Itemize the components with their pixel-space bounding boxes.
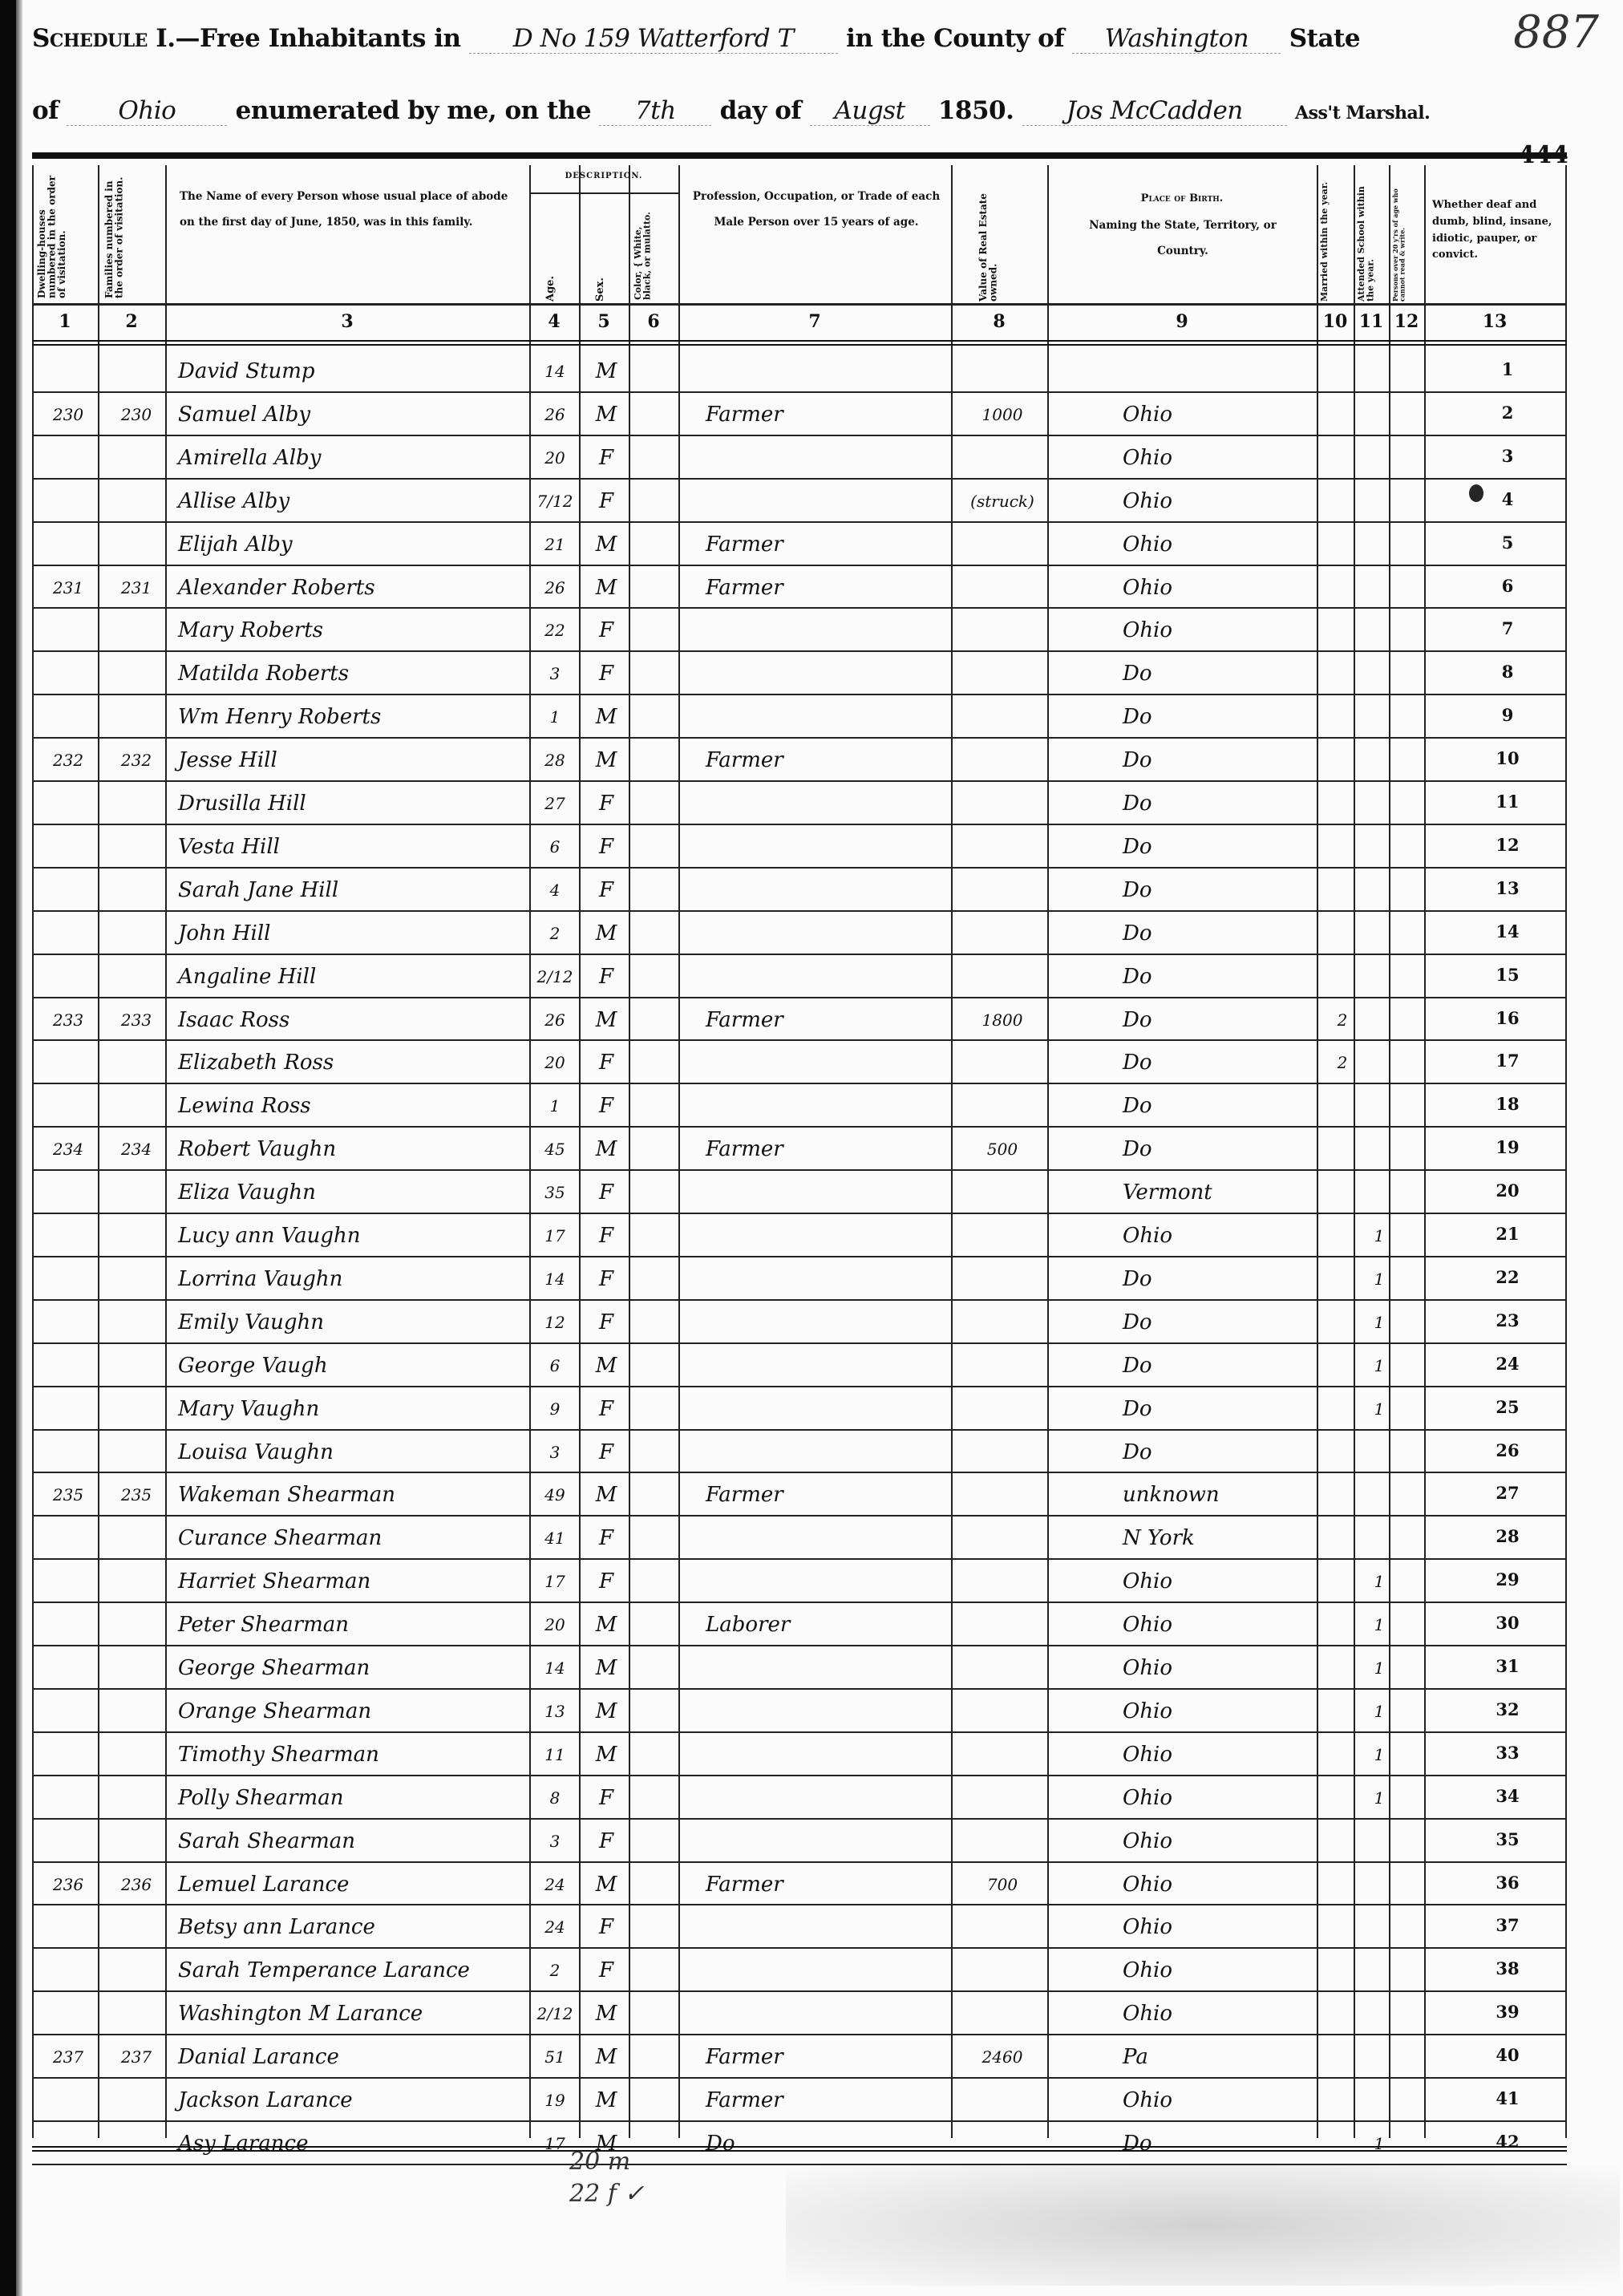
cell-married [1326,1307,1358,1338]
cell-name: Washington M Larance [178,1998,531,2029]
table-row: Matilda Roberts3FDo8 [0,654,1535,684]
cell-age: 1 [531,1091,579,1121]
cell-birthplace: Do [1123,875,1299,905]
state-field: Ohio [67,96,227,126]
cell-birthplace: Do [1123,788,1299,819]
line-number: 31 [1490,1656,1525,1676]
cell-married [1326,658,1358,689]
cell-age: 21 [531,529,579,560]
cell-sex: F [584,1783,629,1813]
table-row: Jackson Larance19MFarmerOhio41 [0,2080,1535,2111]
table-row: Lucy ann Vaughn17FOhio121 [0,1216,1535,1246]
cell-name: Sarah Jane Hill [178,875,531,905]
row-divider [32,1083,1567,1084]
cell-school [1363,1826,1395,1857]
cell-dwelling [35,443,101,473]
col-number-9: 9 [1047,311,1317,332]
cell-name: Timothy Shearman [178,1739,531,1770]
cell-name: Orange Shearman [178,1696,531,1727]
cell-name: Alexander Roberts [178,573,531,603]
row-divider [32,2034,1567,2035]
cell-occupation [706,1783,914,1813]
header-married: Married within the year. [1320,173,1352,302]
cell-name: Harriet Shearman [178,1566,531,1597]
cell-family [103,2128,170,2159]
cell-name: Asy Larance [178,2128,531,2159]
row-divider [32,1645,1567,1646]
cell-family: 237 [103,2042,170,2072]
row-divider [32,1818,1567,1820]
cell-sex: M [584,529,629,560]
cell-family [103,1826,170,1857]
row-divider [32,2120,1567,2122]
header-birthplace-title: Place of Birth. [1055,192,1309,204]
line-number: 33 [1490,1743,1525,1763]
cell-occupation [706,918,914,949]
cell-real-estate [962,1955,1042,1986]
cell-married [1326,1437,1358,1468]
cell-occupation [706,1177,914,1208]
cell-family [103,1955,170,1986]
header-birthplace: Naming the State, Territory, or Country. [1075,213,1291,264]
cell-married [1326,1869,1358,1900]
cell-sex: F [584,1566,629,1597]
cell-birthplace: Vermont [1123,1177,1299,1208]
row-divider [32,737,1567,739]
cell-married [1326,918,1358,949]
cell-dwelling [35,962,101,992]
cell-real-estate [962,1653,1042,1683]
cell-school [1363,658,1395,689]
table-row: Vesta Hill6FDo12 [0,827,1535,857]
cell-married [1326,1394,1358,1424]
table-row: Sarah Temperance Larance2FOhio38 [0,1950,1535,1981]
table-row: Drusilla Hill27FDo11 [0,784,1535,814]
cell-real-estate [962,788,1042,819]
cell-dwelling [35,832,101,862]
header-bottom-double-rule [32,340,1567,346]
table-row: Wm Henry Roberts1MDo9 [0,697,1535,727]
cell-family: 231 [103,573,170,603]
row-divider [32,565,1567,566]
cell-real-estate [962,918,1042,949]
row-divider [32,1904,1567,1905]
cell-sex: M [584,356,629,387]
cell-family [103,1350,170,1381]
cell-name: Peter Shearman [178,1610,531,1640]
cell-birthplace: Ohio [1123,1869,1299,1900]
cell-occupation [706,788,914,819]
cell-name: Sarah Temperance Larance [178,1955,531,1986]
line-number: 29 [1490,1569,1525,1589]
cell-school [1363,2042,1395,2072]
table-row: 233233Isaac Ross26MFarmer1800Do216 [0,1000,1535,1031]
header-age: Age. [545,261,569,302]
cell-birthplace: Do [1123,1350,1299,1381]
cell-occupation [706,1955,914,1986]
cell-school [1363,788,1395,819]
cell-school: 1 [1363,1653,1395,1683]
cell-age: 2 [531,1955,579,1986]
cell-occupation [706,1307,914,1338]
tally-females: 22 f ✓ [569,2180,645,2208]
row-divider [32,1602,1567,1603]
row-divider [32,1731,1567,1733]
cell-family [103,1091,170,1121]
cell-married [1326,1998,1358,2029]
cell-family [103,702,170,732]
cell-birthplace: Do [1123,1394,1299,1424]
cell-name: Isaac Ross [178,1005,531,1035]
table-row: Mary Vaughn9FDo125 [0,1389,1535,1419]
cell-school: 1 [1363,1610,1395,1640]
cell-occupation: Farmer [706,1869,914,1900]
row-divider [32,2077,1567,2079]
table-row: Lorrina Vaughn14FDo122 [0,1259,1535,1290]
cell-real-estate [962,573,1042,603]
cell-age: 45 [531,1134,579,1164]
cell-real-estate [962,1177,1042,1208]
cell-sex: M [584,399,629,430]
row-divider [32,607,1567,609]
district-field: D No 159 Watterford T [469,24,838,54]
cell-real-estate [962,1566,1042,1597]
cell-sex: F [584,1047,629,1078]
cell-name: Angaline Hill [178,962,531,992]
cell-name: Lewina Ross [178,1091,531,1121]
cell-dwelling: 232 [35,745,101,775]
cell-name: Mary Roberts [178,615,531,646]
cell-dwelling [35,1653,101,1683]
cell-family [103,1307,170,1338]
cell-sex: M [584,1610,629,1640]
cell-age: 24 [531,1869,579,1900]
table-row: 234234Robert Vaughn45MFarmer500Do19 [0,1129,1535,1160]
cell-sex: M [584,1869,629,1900]
cell-family [103,1610,170,1640]
cell-dwelling [35,2128,101,2159]
cell-sex: M [584,1480,629,1510]
cell-school [1363,1134,1395,1164]
cell-real-estate [962,1307,1042,1338]
cell-family [103,1047,170,1078]
cell-age: 3 [531,1437,579,1468]
cell-school [1363,745,1395,775]
cell-real-estate [962,615,1042,646]
cell-name: John Hill [178,918,531,949]
cell-sex: M [584,1005,629,1035]
line-number: 15 [1490,965,1525,985]
row-divider [32,1558,1567,1560]
cell-school: 1 [1363,1783,1395,1813]
table-row: Timothy Shearman11MOhio133 [0,1735,1535,1765]
line-number: 30 [1490,1613,1525,1633]
cell-married [1326,1480,1358,1510]
cell-dwelling [35,486,101,516]
cell-sex: F [584,1394,629,1424]
row-divider [32,1299,1567,1301]
description-rule [531,192,678,194]
header-description-group: DESCRIPTION. [531,172,677,180]
cell-name: Danial Larance [178,2042,531,2072]
cell-family [103,1437,170,1468]
table-bottom-double-rule [32,2146,1567,2152]
cell-name: Wakeman Shearman [178,1480,531,1510]
cell-dwelling [35,1998,101,2029]
cell-school [1363,1091,1395,1121]
cell-real-estate [962,832,1042,862]
cell-birthplace: Do [1123,918,1299,949]
table-row: Mary Roberts22FOhio7 [0,610,1535,641]
row-divider [32,1126,1567,1128]
cell-family: 234 [103,1134,170,1164]
cell-married: 2 [1326,1005,1358,1035]
day-field: 7th [599,96,711,126]
cell-real-estate [962,1394,1042,1424]
line-number: 22 [1490,1267,1525,1287]
cell-occupation [706,1264,914,1294]
cell-sex: M [584,1350,629,1381]
day-of-label: day of [720,96,802,125]
row-divider [32,694,1567,695]
cell-sex: F [584,1091,629,1121]
cell-dwelling [35,1826,101,1857]
cell-dwelling [35,529,101,560]
cell-sex: F [584,1221,629,1251]
table-row: Angaline Hill2/12FDo15 [0,957,1535,987]
row-divider [32,1386,1567,1387]
cell-married [1326,875,1358,905]
cell-occupation: Laborer [706,1610,914,1640]
cell-real-estate [962,1912,1042,1942]
cell-real-estate [962,1047,1042,1078]
cell-family [103,1739,170,1770]
cell-married [1326,2128,1358,2159]
row-divider [32,867,1567,869]
header-illiterate: Persons over 20 y'rs of age who cannot r… [1392,173,1424,302]
col-number-8: 8 [951,311,1047,332]
line-number: 36 [1490,1873,1525,1893]
cell-school [1363,1869,1395,1900]
cell-family [103,1912,170,1942]
cell-birthplace: Do [1123,702,1299,732]
cell-birthplace: N York [1123,1523,1299,1553]
cell-family [103,1696,170,1727]
cell-age: 1 [531,702,579,732]
table-row: Amirella Alby20FOhio3 [0,438,1535,468]
line-number: 40 [1490,2045,1525,2065]
header-occupation: Profession, Occupation, or Trade of each… [690,184,943,235]
cell-age: 3 [531,658,579,689]
cell-real-estate [962,1480,1042,1510]
cell-age: 51 [531,2042,579,2072]
cell-married [1326,486,1358,516]
cell-family [103,1653,170,1683]
table-row: Washington M Larance2/12MOhio39 [0,1994,1535,2024]
cell-name: Allise Alby [178,486,531,516]
row-divider [32,1472,1567,1473]
table-row: 236236Lemuel Larance24MFarmer700Ohio36 [0,1865,1535,1895]
table-row: 231231Alexander Roberts26MFarmerOhio6 [0,568,1535,598]
col-number-1: 1 [32,311,98,332]
line-number: 27 [1490,1483,1525,1503]
cell-family [103,443,170,473]
state-label: State [1289,24,1360,53]
cell-married [1326,573,1358,603]
cell-school: 1 [1363,1264,1395,1294]
cell-real-estate [962,1826,1042,1857]
cell-name: Betsy ann Larance [178,1912,531,1942]
cell-family [103,962,170,992]
enumerated-label: enumerated by me, on the [236,96,591,125]
cell-age: 19 [531,2085,579,2116]
row-divider [32,1515,1567,1516]
cell-married [1326,1221,1358,1251]
cell-married [1326,1264,1358,1294]
cell-school: 1 [1363,1696,1395,1727]
cell-dwelling [35,1047,101,1078]
cell-occupation [706,443,914,473]
table-row: 230230Samuel Alby26MFarmer1000Ohio2 [0,395,1535,425]
table-row: David Stump14M1 [0,351,1535,382]
line-number: 28 [1490,1526,1525,1546]
col-number-6: 6 [629,311,678,332]
table-row: Sarah Shearman3FOhio35 [0,1821,1535,1852]
cell-sex: M [584,918,629,949]
cell-family: 232 [103,745,170,775]
line-number: 17 [1490,1051,1525,1071]
cell-occupation: Farmer [706,573,914,603]
cell-family [103,486,170,516]
cell-occupation [706,1394,914,1424]
cell-name: Sarah Shearman [178,1826,531,1857]
cell-age: 26 [531,1005,579,1035]
cell-birthplace: Ohio [1123,486,1299,516]
line-number: 18 [1490,1094,1525,1114]
cell-dwelling [35,918,101,949]
row-divider [32,435,1567,436]
header-school: Attended School within the year. [1357,173,1389,302]
cell-name: Jackson Larance [178,2085,531,2116]
cell-married [1326,1091,1358,1121]
cell-school: 1 [1363,2128,1395,2159]
line-number: 11 [1490,792,1525,812]
cell-family: 235 [103,1480,170,1510]
cell-married [1326,1912,1358,1942]
cell-sex: F [584,1826,629,1857]
tally-males: 20 m [569,2148,630,2176]
cell-occupation [706,615,914,646]
cell-dwelling: 236 [35,1869,101,1900]
row-divider [32,910,1567,912]
cell-age: 35 [531,1177,579,1208]
table-row: George Shearman14MOhio131 [0,1648,1535,1678]
cell-age: 22 [531,615,579,646]
cell-sex: F [584,832,629,862]
cell-age: 13 [531,1696,579,1727]
cell-birthplace: Do [1123,1307,1299,1338]
cell-occupation [706,356,914,387]
cell-school: 1 [1363,1739,1395,1770]
marshal-field: Jos McCadden [1022,96,1287,126]
table-row: 237237Danial Larance51MFarmer2460Pa40 [0,2037,1535,2067]
cell-birthplace: Do [1123,832,1299,862]
header-name: The Name of every Person whose usual pla… [180,184,516,235]
cell-school [1363,443,1395,473]
cell-occupation [706,832,914,862]
cell-school [1363,1998,1395,2029]
header-real-estate: Value of Real Estate owned. [978,173,1026,302]
cell-name: Elijah Alby [178,529,531,560]
line-number: 9 [1490,705,1525,725]
cell-age: 14 [531,356,579,387]
cell-age: 17 [531,1566,579,1597]
cell-real-estate: 1000 [962,399,1042,430]
cell-occupation [706,702,914,732]
row-divider [32,1947,1567,1949]
row-divider [32,780,1567,782]
header-top-rule [32,152,1567,159]
cell-age: 26 [531,573,579,603]
row-divider [32,1775,1567,1776]
cell-school [1363,573,1395,603]
cell-married [1326,356,1358,387]
cell-sex: M [584,1998,629,2029]
cell-birthplace: Do [1123,1134,1299,1164]
line-number: 10 [1490,748,1525,768]
cell-real-estate [962,529,1042,560]
cell-occupation: Farmer [706,2042,914,2072]
cell-married [1326,745,1358,775]
cell-occupation: Farmer [706,745,914,775]
cell-occupation [706,1912,914,1942]
cell-birthplace [1123,356,1299,387]
line-number: 2 [1490,403,1525,423]
cell-age: 27 [531,788,579,819]
cell-birthplace: Do [1123,658,1299,689]
cell-school [1363,1480,1395,1510]
cell-birthplace: Ohio [1123,1998,1299,2029]
cell-sex: F [584,1264,629,1294]
cell-family [103,529,170,560]
cell-school [1363,1955,1395,1986]
row-divider [32,1688,1567,1690]
row-divider [32,521,1567,523]
row-divider [32,1256,1567,1257]
cell-sex: M [584,1134,629,1164]
cell-real-estate: 1800 [962,1005,1042,1035]
cell-birthplace: Ohio [1123,529,1299,560]
cell-occupation: Farmer [706,529,914,560]
row-divider [32,391,1567,393]
cell-family: 233 [103,1005,170,1035]
cell-real-estate [962,658,1042,689]
cell-name: Jesse Hill [178,745,531,775]
cell-school [1363,1047,1395,1078]
header-condition: Whether deaf and dumb, blind, insane, id… [1432,197,1560,264]
cell-occupation: Farmer [706,1480,914,1510]
cell-birthplace: Ohio [1123,1696,1299,1727]
cell-birthplace: Ohio [1123,573,1299,603]
cell-sex: F [584,1177,629,1208]
cell-real-estate [962,1091,1042,1121]
row-divider [32,478,1567,480]
cell-name: Curance Shearman [178,1523,531,1553]
cell-sex: M [584,2085,629,2116]
cell-dwelling: 231 [35,573,101,603]
cell-dwelling [35,1264,101,1294]
cell-age: 14 [531,1653,579,1683]
